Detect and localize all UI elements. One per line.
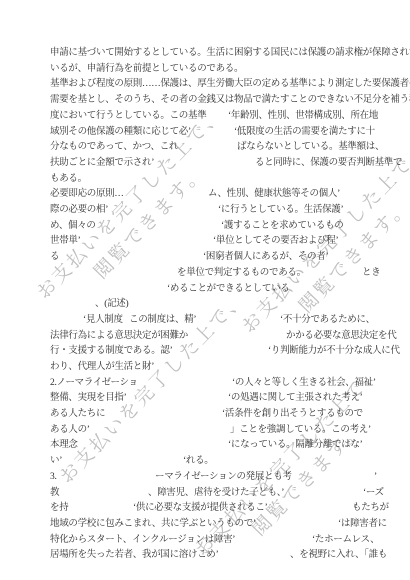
- text-fragment: ‘ーズ: [363, 488, 384, 499]
- document-page: お支払いを完了した上で、閲覧できます。お支払いを完了した上で、閲覧できます。お支…: [0, 0, 410, 580]
- text-fragment: ある人たちに: [50, 409, 105, 420]
- text-fragment: 」ことを強調している。この考え’: [230, 425, 371, 436]
- text-fragment: 度において行うとしている。この基準: [50, 111, 206, 122]
- text-fragment: ‘めることができるとしている: [167, 284, 289, 295]
- text-fragment: ’: [374, 472, 377, 483]
- text-fragment: め、個々の: [50, 221, 96, 232]
- text-fragment: ‘は障害者に: [338, 519, 387, 530]
- text-fragment: ‘低限度の生活の需要を満たすに十: [234, 127, 375, 138]
- text-fragment: 本理念: [50, 440, 78, 451]
- text-fragment: ム、性別、健康状態等その個人’: [208, 189, 340, 200]
- text-fragment: 行・支援する制度である。認’: [50, 346, 172, 357]
- text-fragment: 地域の学校に包みこまれ、共に学ぶというもので’: [50, 519, 256, 530]
- text-fragment: いるが、申請行為を前提としているのである。: [50, 64, 243, 75]
- text-fragment: 特化からスタート、インクルージョンは障害’: [50, 535, 235, 546]
- text-fragment: 教: [50, 488, 59, 499]
- text-fragment: 、(記述): [95, 299, 128, 310]
- text-fragment: ると同時に、保護の要否判断基準で: [255, 158, 402, 169]
- text-fragment: る: [50, 252, 59, 263]
- text-fragment: ‘たホームレス、: [312, 535, 379, 546]
- text-fragment: 扶助ごとに金額で示され’: [50, 158, 154, 169]
- text-fragment: を単位で判定するものである。: [177, 268, 306, 279]
- text-fragment: 法律行為による意思決定が困難か: [50, 331, 188, 342]
- text-fragment: ーマライゼーションの発展とも考: [155, 472, 292, 483]
- text-fragment: 申請に基づいて開始するとしている。生活に困窮する国民には保護の請求権が保障されて: [50, 48, 410, 59]
- text-fragment: ばならないとしている。基準額は、: [237, 142, 384, 153]
- text-fragment: 世帯単’: [50, 236, 80, 247]
- text-fragment: 、障害児、虐待を受けた子ども、’: [148, 488, 284, 499]
- text-fragment: ‘の処遇に関して主張された考え’: [228, 393, 363, 404]
- text-fragment: 基準および程度の原則……保護は、厚生労働大臣の定める基準により測定した要保護者の: [50, 79, 410, 90]
- text-fragment: 分なものであって、かつ、これ: [50, 142, 178, 153]
- text-fragment: 域別その他保護の種類に応じて必’: [50, 127, 191, 138]
- text-fragment: ‘見人制度: [83, 315, 123, 326]
- text-fragment: 3.: [50, 472, 57, 483]
- screenshot-root: { "page": { "background": "#ffffff", "te…: [0, 0, 410, 580]
- text-fragment: ‘れる。: [183, 456, 213, 467]
- text-fragment: ‘護することを求めているもの: [221, 221, 343, 232]
- text-fragment: い’: [50, 456, 62, 467]
- watermark: お支払いを完了した上で、閲覧できます。: [189, 359, 407, 580]
- watermark-line: お支払いを完了した上で、: [189, 359, 387, 563]
- text-fragment: ‘活条件を創り出そうとするもので: [222, 409, 363, 420]
- text-fragment: 整備、実現を目指’: [50, 393, 126, 404]
- text-fragment: ‘年齢別、性別、世帯構成別、所在地: [228, 111, 378, 122]
- text-fragment: ‘の人々と等しく生きる社会、福祉’: [232, 378, 376, 389]
- text-fragment: もたちが: [352, 503, 389, 514]
- text-fragment: 際の必要の相’: [50, 205, 108, 216]
- text-fragment: とき: [362, 268, 380, 279]
- text-fragment: ‘単位としてその要否および程’: [213, 236, 338, 247]
- text-fragment: この制度は、精’: [129, 315, 196, 326]
- text-fragment: もある。: [50, 174, 87, 185]
- text-fragment: ‘り判断能力が不十分な成人に代: [268, 346, 400, 357]
- text-fragment: ‘になっている。隔離分離ではな’: [228, 440, 363, 451]
- text-fragment: わり、代理人が生活と財’: [50, 362, 154, 373]
- text-fragment: かかる必要な意思決定を代: [286, 331, 396, 342]
- text-fragment: 、を視野に入れ、「誰も: [290, 550, 387, 561]
- text-fragment: 需要を基とし、そのうち、その者の金銭又は物品で満たすことのできない不足分を補う程: [50, 95, 410, 106]
- text-fragment: 2.ノーマライゼーショ: [50, 378, 138, 389]
- text-fragment: を持: [50, 503, 68, 514]
- text-fragment: 必要即応の原則…: [50, 189, 124, 200]
- text-fragment: ある人の’: [50, 425, 90, 436]
- text-fragment: 居場所を失った若者、我が国に溶けこめ’: [50, 550, 218, 561]
- text-fragment: ‘困窮者個人にあるが、その者’: [203, 252, 328, 263]
- text-fragment: ‘供に必要な支援が提供されるこ’: [133, 503, 268, 514]
- text-fragment: ‘不十分であるために、: [280, 315, 375, 326]
- text-fragment: ‘に行うとしている。生活保護’: [218, 205, 343, 216]
